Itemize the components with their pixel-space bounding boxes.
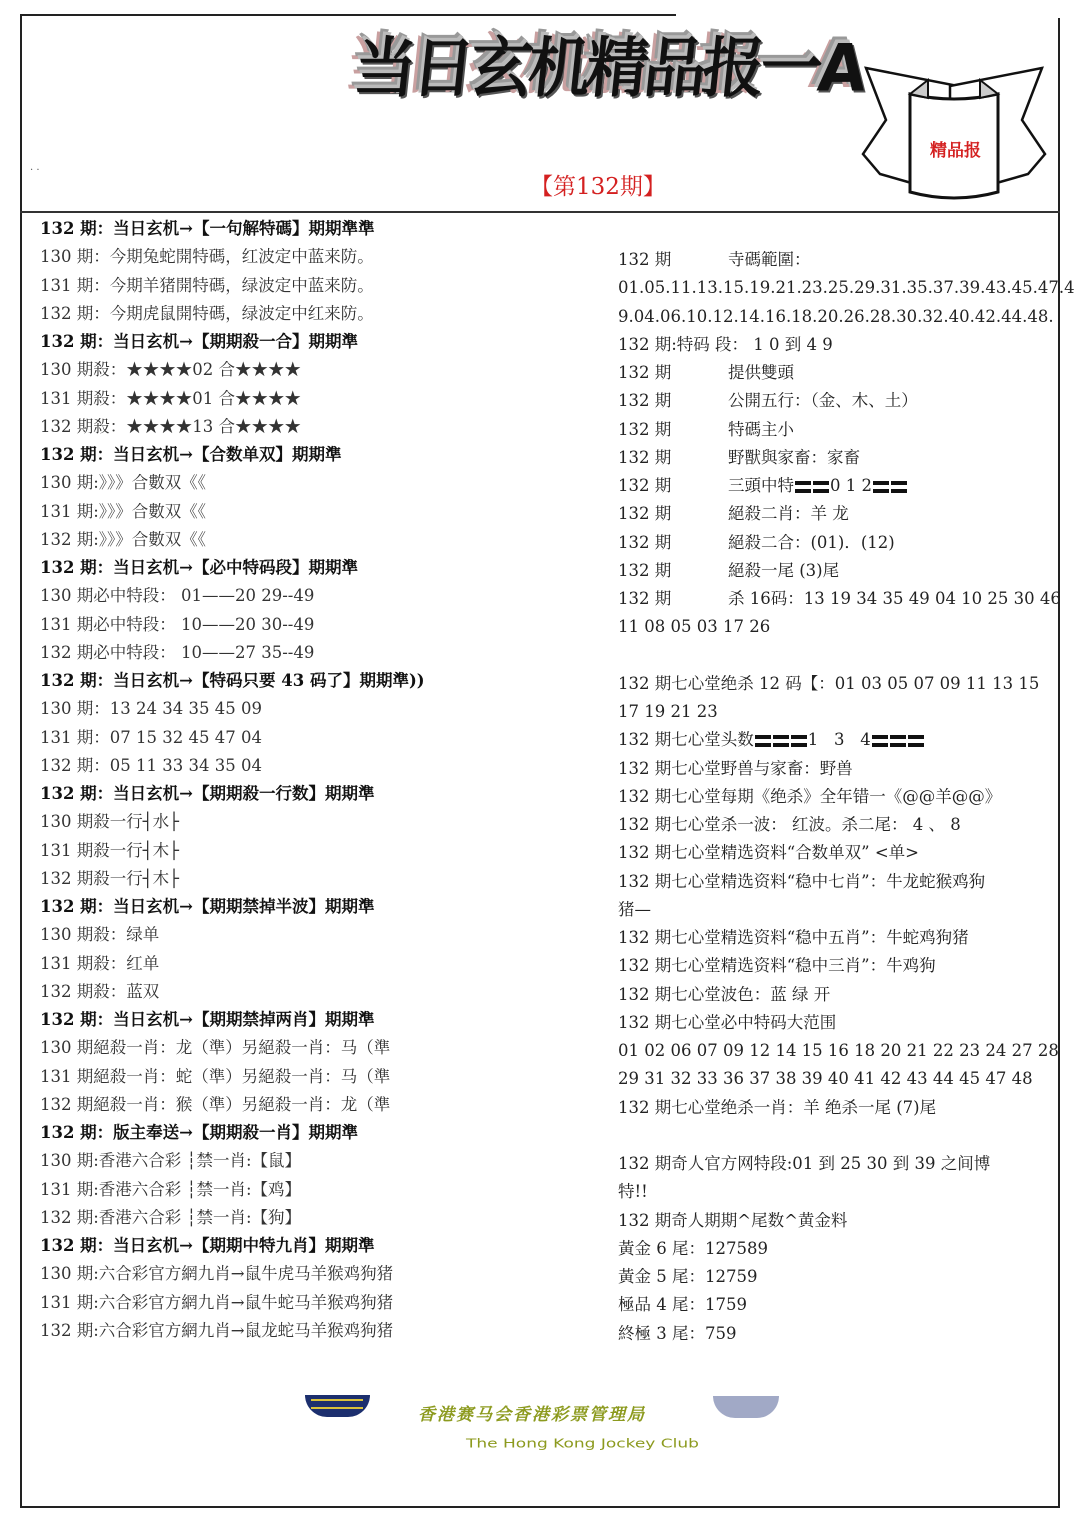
item-text: 11 08 05 03 17 26 [618,617,770,636]
item-text: 132 期七心堂波色：蓝 绿 开 [618,985,830,1004]
list-item: 130 期：13 24 34 35 45 09 [40,695,600,723]
item-text: 終極 3 尾：759 [618,1324,736,1343]
item-text: 132 期七心堂精选资料“合数单双” <单> [618,843,919,862]
list-item: 極品 4 尾：1759 [618,1291,1048,1319]
list-item: 132 期:特码 段： 1 0 到 4 9 [618,331,1048,359]
list-item: 130 期殺一行┤水├ [40,808,600,836]
issue-prefix: 132 期 [618,472,728,500]
list-item: 17 19 21 23 [618,698,1048,726]
item-text: 9.04.06.10.12.14.16.18.20.26.28.30.32.40… [618,307,1054,326]
issue-prefix: 132 期 [618,557,728,585]
list-item: 132 期七心堂每期《绝杀》全年错一《@@羊@@》 [618,783,1048,811]
list-item: 130 期:》》》合數双《《 [40,469,600,497]
list-item: 131 期殺：红单 [40,950,600,978]
issue-prefix: 132 期 [618,359,728,387]
issue-prefix: 132 期 [618,416,728,444]
section-heading: 132 期：版主奉送→【期期殺一肖】期期準 [40,1119,600,1147]
bar-icon [754,730,808,749]
list-item: 132 期七心堂杀一波： 红波。杀二尾： 4 、 8 [618,811,1048,839]
item-text: 01 02 06 07 09 12 14 15 16 18 20 21 22 2… [618,1041,1059,1060]
list-item: 132 期七心堂精选资料“稳中五肖”：牛蛇鸡狗猪 [618,924,1048,952]
item-text: 132 期七心堂精选资料“稳中三肖”：牛鸡狗 [618,956,936,975]
item-text: 特碼主小 [728,420,794,439]
list-item: 131 期殺：★★★★01 合★★★★ [40,385,600,413]
item-values: 0 1 2 [830,476,872,495]
list-item: 特!! [618,1178,1048,1206]
list-item: 132 期公開五行：（金、木、土） [618,387,1048,415]
left-column: 132 期：当日玄机→【一句解特碼】期期準準130 期：今期兔蛇開特碼，红波定中… [40,215,600,1345]
list-item: 132 期七心堂必中特码大范围 [618,1009,1048,1037]
item-text: 01.05.11.13.15.19.21.23.25.29.31.35.37.3… [618,278,1075,297]
list-item: 132 期七心堂精选资料“稳中七肖”：牛龙蛇猴鸡狗 [618,868,1048,896]
list-item: 132 期:香港六合彩 ┆禁一肖:【狗】 [40,1204,600,1232]
list-item: 132 期奇人期期^尾数^黄金料 [618,1207,1048,1235]
item-text: 絕殺二肖：羊 龙 [728,504,849,523]
item-text: 132 期七心堂精选资料“稳中七肖”：牛龙蛇猴鸡狗 [618,872,985,891]
list-item: 130 期必中特段： 01——20 29--49 [40,582,600,610]
section-heading: 132 期：当日玄机→【期期殺一合】期期準 [40,328,600,356]
section-heading: 132 期：当日玄机→【期期殺一行数】期期準 [40,780,600,808]
item-text: 絕殺二合：(01)．(12) [728,533,895,552]
footer-english-text: The Hong Kong Jockey Club [466,1436,699,1451]
list-item: 131 期絕殺一肖：蛇（準）另絕殺一肖：马（準 [40,1063,600,1091]
list-item: 132 期:》》》合數双《《 [40,526,600,554]
list-item: 132 期三頭中特0 1 2 [618,472,1048,500]
list-item: 132 期七心堂精选资料“稳中三肖”：牛鸡狗 [618,952,1048,980]
right-column: 132 期寺碼範圍：01.05.11.13.15.19.21.23.25.29.… [618,246,1048,1348]
list-item: 131 期:六合彩官方網九肖→鼠牛蛇马羊猴鸡狗猪 [40,1289,600,1317]
page-title: 当日玄机精品报一A [350,16,868,109]
list-item: 130 期殺：绿单 [40,921,600,949]
list-item: 132 期絕殺一尾 (3)尾 [618,557,1048,585]
list-item: 131 期：07 15 32 45 47 04 [40,724,600,752]
issue-prefix: 132 期 [618,387,728,415]
section-heading: 132 期：当日玄机→【期期禁掉两肖】期期準 [40,1006,600,1034]
list-item: 11 08 05 03 17 26 [618,613,1048,641]
list-item: 130 期殺：★★★★02 合★★★★ [40,356,600,384]
item-text: 132 期奇人期期^尾数^黄金料 [618,1211,847,1230]
item-text: 132 期七心堂每期《绝杀》全年错一《@@羊@@》 [618,787,1001,806]
item-text: 132 期七心堂野兽与家畜：野兽 [618,759,853,778]
list-item: 132 期提供雙頭 [618,359,1048,387]
item-text: 132 期七心堂绝杀 12 码【：01 03 05 07 09 11 13 15 [618,674,1039,693]
list-item: 132 期殺：蓝双 [40,978,600,1006]
list-item: 132 期七心堂野兽与家畜：野兽 [618,755,1048,783]
list-item: 131 期:香港六合彩 ┆禁一肖:【鸡】 [40,1176,600,1204]
item-text: 黃金 5 尾：12759 [618,1267,757,1286]
list-item: 132 期七心堂精选资料“合数单双” <单> [618,839,1048,867]
list-item: 01 02 06 07 09 12 14 15 16 18 20 21 22 2… [618,1037,1048,1065]
issue-label: 【第132期】 [530,168,666,201]
issue-prefix: 132 期 [618,585,728,613]
badge-text: 精品报 [930,136,981,161]
list-item: 132 期七心堂绝杀一肖：羊 绝杀一尾 (7)尾 [618,1094,1048,1122]
list-item: 131 期：今期羊猪開特碼，绿波定中蓝来防。 [40,272,600,300]
bar-icon [794,476,830,495]
list-item: 131 期:》》》合數双《《 [40,498,600,526]
item-text: 17 19 21 23 [618,702,718,721]
list-item: 131 期必中特段： 10——20 30--49 [40,611,600,639]
item-text: 132 期七心堂必中特码大范围 [618,1013,836,1032]
issue-prefix: 132 期 [618,444,728,472]
list-item: 132 期杀 16码：13 19 34 35 49 04 10 25 30 46 [618,585,1048,613]
list-item: 132 期必中特段： 10——27 35--49 [40,639,600,667]
item-text: 野獸與家畜：家畜 [728,448,860,467]
list-item: 132 期七心堂波色：蓝 绿 开 [618,981,1048,1009]
item-text: 公開五行：（金、木、土） [728,391,918,410]
list-item: 132 期殺一行┤木├ [40,865,600,893]
section-heading: 132 期：当日玄机→【期期禁掉半波】期期準 [40,893,600,921]
list-item: 130 期絕殺一肖：龙（準）另絕殺一肖：马（準 [40,1034,600,1062]
item-text: 極品 4 尾：1759 [618,1295,747,1314]
list-item: 132 期絕殺二合：(01)．(12) [618,529,1048,557]
item-text: 猪— [618,900,651,919]
list-item: 9.04.06.10.12.14.16.18.20.26.28.30.32.40… [618,303,1048,331]
list-item: 132 期:六合彩官方網九肖→鼠龙蛇马羊猴鸡狗猪 [40,1317,600,1345]
list-item: 132 期奇人官方网特段:01 到 25 30 到 39 之间博 [618,1150,1048,1178]
list-item: 130 期:六合彩官方網九肖→鼠牛虎马羊猴鸡狗猪 [40,1260,600,1288]
item-text: 寺碼範圍： [728,250,811,269]
bar-icon [872,476,908,495]
issue-prefix: 132 期 [618,246,728,274]
item-text: 132 期:特码 段： 1 0 到 4 9 [618,335,833,354]
list-item: 132 期絕殺一肖：猴（準）另絕殺一肖：龙（準 [40,1091,600,1119]
section-heading: 132 期：当日玄机→【特码只要 43 码了】期期準)) [40,667,600,695]
list-item: 132 期寺碼範圍： [618,246,1048,274]
item-text: 132 期七心堂精选资料“稳中五肖”：牛蛇鸡狗猪 [618,928,969,947]
list-item: 猪— [618,896,1048,924]
list-item: 132 期殺：★★★★13 合★★★★ [40,413,600,441]
item-text: 提供雙頭 [728,363,794,382]
item-text: 黃金 6 尾：127589 [618,1239,768,1258]
item-text: 絕殺一尾 (3)尾 [728,561,839,580]
item-text: 三頭中特 [728,476,794,495]
list-item: 132 期絕殺二肖：羊 龙 [618,500,1048,528]
footer-chinese-text: 香港赛马会香港彩票管理局 [418,1400,646,1425]
item-text: 29 31 32 33 36 37 38 39 40 41 42 43 44 4… [618,1069,1033,1088]
list-item: 132 期特碼主小 [618,416,1048,444]
issue-prefix: 132 期 [618,500,728,528]
header-divider [20,211,1060,213]
list-item: 130 期:香港六合彩 ┆禁一肖:【鼠】 [40,1147,600,1175]
section-heading: 132 期：当日玄机→【必中特码段】期期準 [40,554,600,582]
list-item: 132 期野獸與家畜：家畜 [618,444,1048,472]
section-heading: 132 期：当日玄机→【合数单双】期期準 [40,441,600,469]
bar-icon [871,730,925,749]
item-text: 杀 16码：13 19 34 35 49 04 10 25 30 46 [728,589,1061,608]
item-values: 1 3 4 [808,730,871,749]
list-item: 132 期：05 11 33 34 35 04 [40,752,600,780]
item-text: 132 期七心堂绝杀一肖：羊 绝杀一尾 (7)尾 [618,1098,936,1117]
list-item: 黃金 6 尾：127589 [618,1235,1048,1263]
item-text: 132 期七心堂杀一波： 红波。杀二尾： 4 、 8 [618,815,961,834]
dots: . . [30,162,40,173]
item-text: 特!! [618,1182,648,1201]
list-item: 130 期：今期兔蛇開特碼，红波定中蓝来防。 [40,243,600,271]
list-item: 132 期：今期虎鼠開特碼，绿波定中红来防。 [40,300,600,328]
item-text: 132 期奇人官方网特段:01 到 25 30 到 39 之间博 [618,1154,990,1173]
item-text: 132 期七心堂头数 [618,730,754,749]
section-heading: 132 期：当日玄机→【期期中特九肖】期期準 [40,1232,600,1260]
section-heading: 132 期：当日玄机→【一句解特碼】期期準準 [40,215,600,243]
ribbon-banner-icon [858,64,1050,200]
list-item: 131 期殺一行┤木├ [40,837,600,865]
list-item: 01.05.11.13.15.19.21.23.25.29.31.35.37.3… [618,274,1048,302]
list-item: 終極 3 尾：759 [618,1320,1048,1348]
issue-prefix: 132 期 [618,529,728,557]
list-item: 29 31 32 33 36 37 38 39 40 41 42 43 44 4… [618,1065,1048,1093]
list-item: 132 期七心堂头数1 3 4 [618,726,1048,754]
list-item: 黃金 5 尾：12759 [618,1263,1048,1291]
list-item: 132 期七心堂绝杀 12 码【：01 03 05 07 09 11 13 15 [618,670,1048,698]
